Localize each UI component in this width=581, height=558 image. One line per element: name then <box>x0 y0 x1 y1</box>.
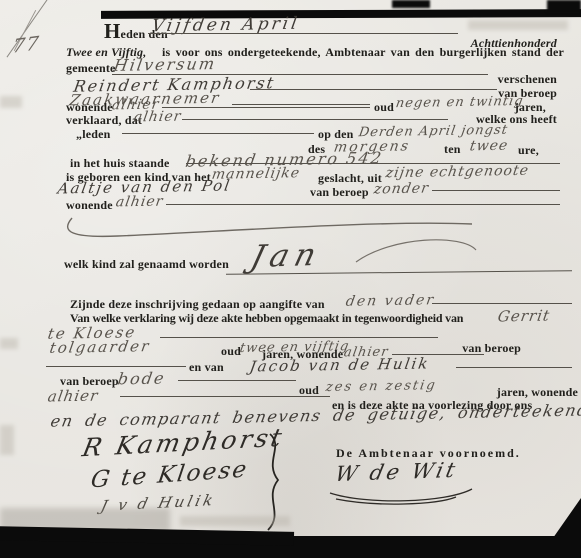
rule-line <box>162 107 370 108</box>
rule-line <box>120 396 330 397</box>
signature-flourish <box>326 485 476 507</box>
scan-blot-top-right2 <box>547 0 581 12</box>
form-label-welk-kind: welk kind zal genaamd worden <box>64 257 229 272</box>
field-municipality: Hilversum <box>112 54 217 75</box>
field-witness2-residence: alhier <box>46 387 99 406</box>
rule-line <box>160 337 438 338</box>
margin-act-number: 77 <box>11 32 40 57</box>
scan-artifact <box>180 516 290 526</box>
rule-line <box>250 89 497 90</box>
form-label-van-beroep-2: van beroep <box>310 185 369 200</box>
form-label-zijnde: Zijnde deze inschrijving gedaan op aangi… <box>70 297 325 312</box>
rule-line <box>178 380 296 381</box>
form-label-verschenen: verschenen <box>498 72 557 87</box>
form-label-ten: ten <box>444 142 461 157</box>
form-label-verklaard-dat: verklaard, dat <box>66 113 142 128</box>
rule-line <box>432 190 560 191</box>
signature-witness1: G te Kloese <box>89 457 250 494</box>
field-declarant-age: negen en twintig <box>395 94 525 111</box>
rule-line <box>456 367 572 368</box>
field-informant: den vader <box>345 292 437 310</box>
field-witness1-firstname: Gerrit <box>496 307 551 326</box>
pen-flourish <box>352 232 482 268</box>
form-text-intro: is voor ons ondergeteekende, Ambtenaar v… <box>162 45 564 60</box>
scan-artifact <box>0 338 18 349</box>
rule-line <box>432 303 572 304</box>
form-label-gemeente: gemeente <box>66 61 116 76</box>
scan-artifact <box>468 20 568 30</box>
form-label-leden: „leden <box>76 127 111 142</box>
field-hour: twee <box>469 138 510 155</box>
field-witness2-name: Jacob van de Hulik <box>248 354 431 375</box>
form-label-oud-1: oud <box>374 100 394 115</box>
field-mother-relation: zijne echtgenoote <box>385 163 531 181</box>
rule-line <box>122 133 314 134</box>
form-label-geslacht-uit: geslacht, uit <box>318 171 382 186</box>
field-witness1-occupation: tolgaarder <box>48 337 151 357</box>
scan-blot-top-right1 <box>392 0 430 8</box>
field-closing-clause: en de comparant benevens de getuige, ond… <box>49 400 581 430</box>
rule-line <box>232 104 370 105</box>
form-label-huis: in het huis staande <box>70 156 170 171</box>
field-witness2-occupation: bode <box>116 369 167 389</box>
scan-artifact <box>0 96 22 108</box>
scan-edge-bottom-right-corner <box>539 498 581 558</box>
field-mother-occupation: zonder <box>373 181 430 198</box>
field-declared-place: alhier <box>133 109 183 126</box>
rule-line <box>148 33 458 34</box>
rule-line <box>182 119 448 120</box>
field-child-name: Jan <box>247 237 326 275</box>
form-label-ure: ure, <box>518 143 539 158</box>
scan-artifact <box>0 425 14 455</box>
rule-line <box>46 366 186 367</box>
form-label-en-van: en van <box>189 360 224 375</box>
form-label-oud-2: oud <box>221 344 241 359</box>
field-witness2-age: zes en zestig <box>325 378 438 395</box>
signature-official: W de Wit <box>333 458 460 486</box>
birth-certificate-scan: 77 Heden den Vijfden April Achttienhonde… <box>0 0 581 558</box>
